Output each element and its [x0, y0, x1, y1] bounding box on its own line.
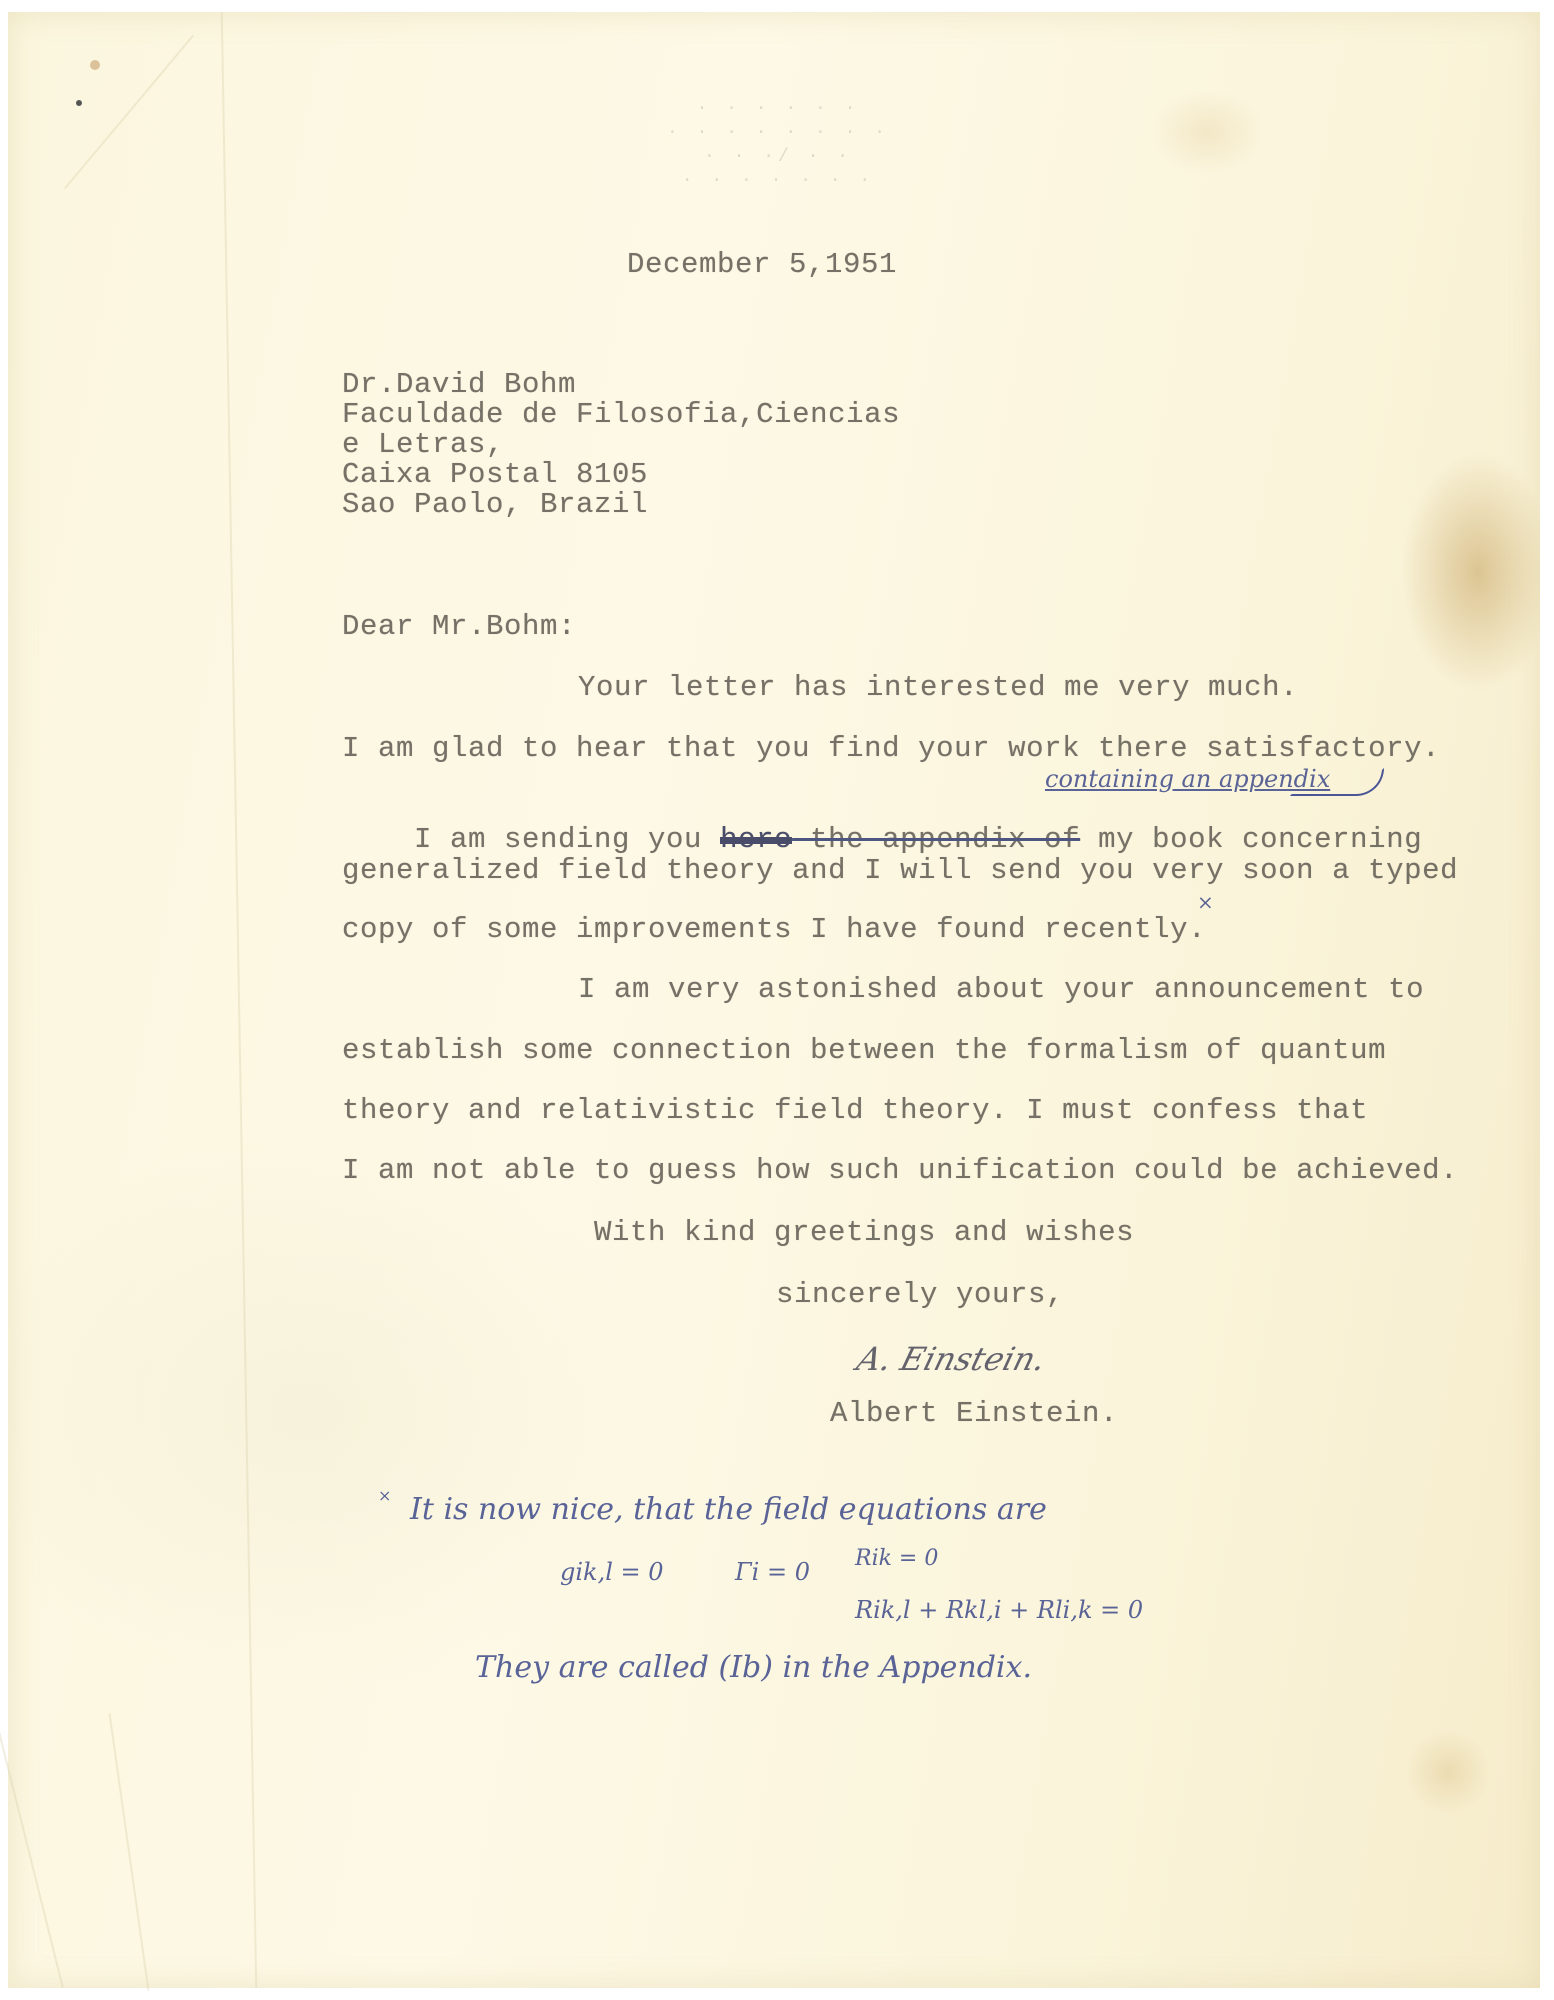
footnote-line: It is now nice, that the field equations…: [410, 1492, 1047, 1527]
body-line: Your letter has interested me very much.: [578, 673, 1298, 703]
body-line: I am very astonished about your announce…: [578, 975, 1424, 1005]
footnote-marker: ×: [1197, 890, 1214, 914]
address-line: Caixa Postal 8105: [342, 460, 648, 490]
letter-date: December 5,1951: [627, 250, 897, 280]
address-line: e Letras,: [342, 430, 504, 460]
body-line: generalized field theory and I will send…: [342, 856, 1458, 886]
paper-crease: [0, 1716, 64, 1988]
insertion-bracket-mark: [1290, 768, 1384, 796]
stamp-line: · · · · · · · ·: [648, 121, 908, 145]
stamp-line: · · · · · · ·: [648, 169, 908, 193]
closing-greeting: With kind greetings and wishes: [594, 1218, 1134, 1248]
struck-text: the appendix of: [792, 823, 1080, 856]
body-line: I am not able to guess how such unificat…: [342, 1156, 1458, 1186]
paper-crease: [64, 35, 194, 189]
body-line: copy of some improvements I have found r…: [342, 915, 1206, 945]
body-line: theory and relativistic field theory. I …: [342, 1096, 1368, 1126]
valediction: sincerely yours,: [776, 1280, 1064, 1310]
field-equation: Γi = 0: [735, 1558, 810, 1586]
address-line: Faculdade de Filosofia,Ciencias: [342, 400, 900, 430]
typed-signature-name: Albert Einstein.: [830, 1399, 1118, 1429]
field-equation: Rik = 0: [855, 1546, 938, 1571]
struck-word: here: [720, 823, 792, 856]
body-line: establish some connection between the fo…: [342, 1036, 1386, 1066]
ink-speck: [76, 100, 82, 106]
recipient-name: Dr.David Bohm: [342, 370, 576, 400]
address-line: Sao Paolo, Brazil: [342, 490, 648, 520]
field-equation: Rik,l + Rkl,i + Rli,k = 0: [855, 1596, 1143, 1624]
footnote-line: They are called (Ib) in the Appendix.: [475, 1650, 1032, 1685]
body-line: I am glad to hear that you find your wor…: [342, 734, 1440, 764]
stamp-line: · · · · · ·: [648, 97, 908, 121]
paper-crease: [109, 1713, 150, 1991]
handwritten-insertion: containing an appendix: [1045, 765, 1330, 793]
field-equation: gik,l = 0: [560, 1558, 664, 1586]
stain-speck: [90, 60, 100, 70]
body-text: my book concerning: [1080, 823, 1422, 856]
body-text: I am sending you: [414, 823, 720, 856]
faded-letterhead-stamp: · · · · · · · · · · · · · · · · ·/ · · ·…: [648, 97, 908, 217]
handwritten-signature: A. Einstein.: [853, 1340, 1050, 1378]
paper-crease: [221, 12, 257, 1988]
footnote-marker: ×: [378, 1486, 391, 1505]
stamp-line: · · ·/ · ·: [648, 145, 908, 169]
salutation: Dear Mr.Bohm:: [342, 612, 576, 642]
